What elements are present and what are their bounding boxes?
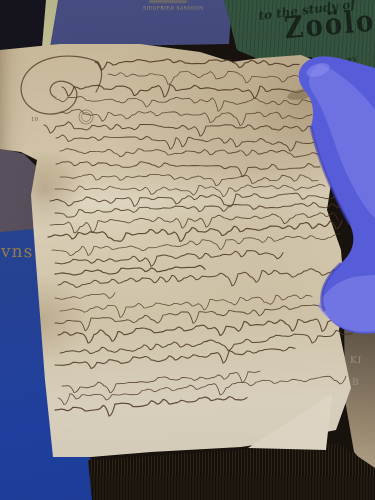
zoology-imprint-text: HARV bbox=[334, 56, 359, 67]
spine-letters-1: KI bbox=[350, 356, 363, 366]
blue-spine-text: vns bbox=[1, 242, 34, 263]
manuscript-page-number: 10 bbox=[31, 116, 38, 122]
book-title-fragment-bar bbox=[149, 0, 187, 3]
photo-old-manuscript-scene: SIEGFRIED SASSOON to the study of Zoölog… bbox=[0, 0, 375, 500]
sassoon-author-text: SIEGFRIED SASSOON bbox=[143, 6, 193, 11]
spine-letters-2: B bbox=[352, 378, 360, 388]
